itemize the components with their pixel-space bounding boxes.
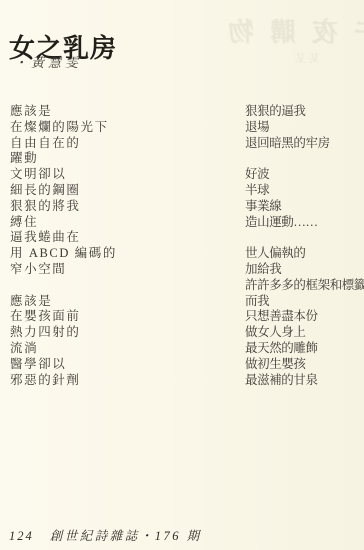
poem-line: 躍動 [10,151,180,167]
poem-line: 應該是 [10,294,180,310]
poem-line: 熱力四射的 [10,325,180,341]
poem-line: 退回暗黑的牢房 [245,136,364,152]
poem-line-blank [245,230,364,246]
page-footer: 124創世紀詩雜誌・176 期 [9,526,202,544]
poem-column-left: 應該是 在燦爛的陽光下 自由自在的 躍動 文明卻以 細長的鋼圈 狠狠的將我 縛住… [10,104,180,388]
journal-page: 午夜購物 某某 女之乳房 ・黃慧雯 應該是 在燦爛的陽光下 自由自在的 躍動 文… [0,0,364,550]
poem-line: 半球 [245,183,364,199]
poem-line: 事業線 [245,199,364,215]
poem-line: 許許多多的框架和標籤 [245,278,364,294]
poem-line: 流淌 [10,341,180,357]
poem-line: 退場 [245,120,364,136]
page-number: 124 [9,529,34,543]
poem-line: 自由自在的 [10,136,180,152]
bleedthrough-title-ghost: 午夜購物 [212,12,364,49]
poem-line: 造山運動…… [245,215,364,231]
poem-author: ・黃慧雯 [14,52,82,71]
poem-line: 在燦爛的陽光下 [10,120,180,136]
journal-name: 創世紀詩雜誌・176 期 [50,529,202,543]
poem-line: 文明卻以 [10,167,180,183]
poem-line: 縛住 [10,215,180,231]
poem-line: 做女人身上 [245,325,364,341]
poem-line: 應該是 [10,104,180,120]
poem-line: 世人偏執的 [245,246,364,262]
poem-line: 做初生嬰孩 [245,357,364,373]
poem-line: 醫學卻以 [10,357,180,373]
poem-line-blank [10,278,180,294]
poem-line: 最滋補的甘泉 [245,373,364,389]
poem-line: 狠狠的逼我 [245,104,364,120]
poem-line: 好波 [245,167,364,183]
poem-column-right: 狠狠的逼我 退場 退回暗黑的牢房 好波 半球 事業線 造山運動…… 世人偏執的 … [245,104,364,388]
poem-line: 只想善盡本份 [245,309,364,325]
poem-line: 狠狠的將我 [10,199,180,215]
poem-line: 在嬰孩面前 [10,309,180,325]
poem-line: 窄小空間 [10,262,180,278]
poem-line: 逼我蜷曲在 [10,230,180,246]
poem-line: 加給我 [245,262,364,278]
poem-line: 而我 [245,294,364,310]
poem-line: 細長的鋼圈 [10,183,180,199]
poem-line: 邪惡的針劑 [10,373,180,389]
poem-line: 用 ABCD 編碼的 [10,246,180,262]
bleedthrough-byline-ghost: 某某 [292,50,320,66]
poem-line: 最天然的雕飾 [245,341,364,357]
poem-line-blank [245,151,364,167]
